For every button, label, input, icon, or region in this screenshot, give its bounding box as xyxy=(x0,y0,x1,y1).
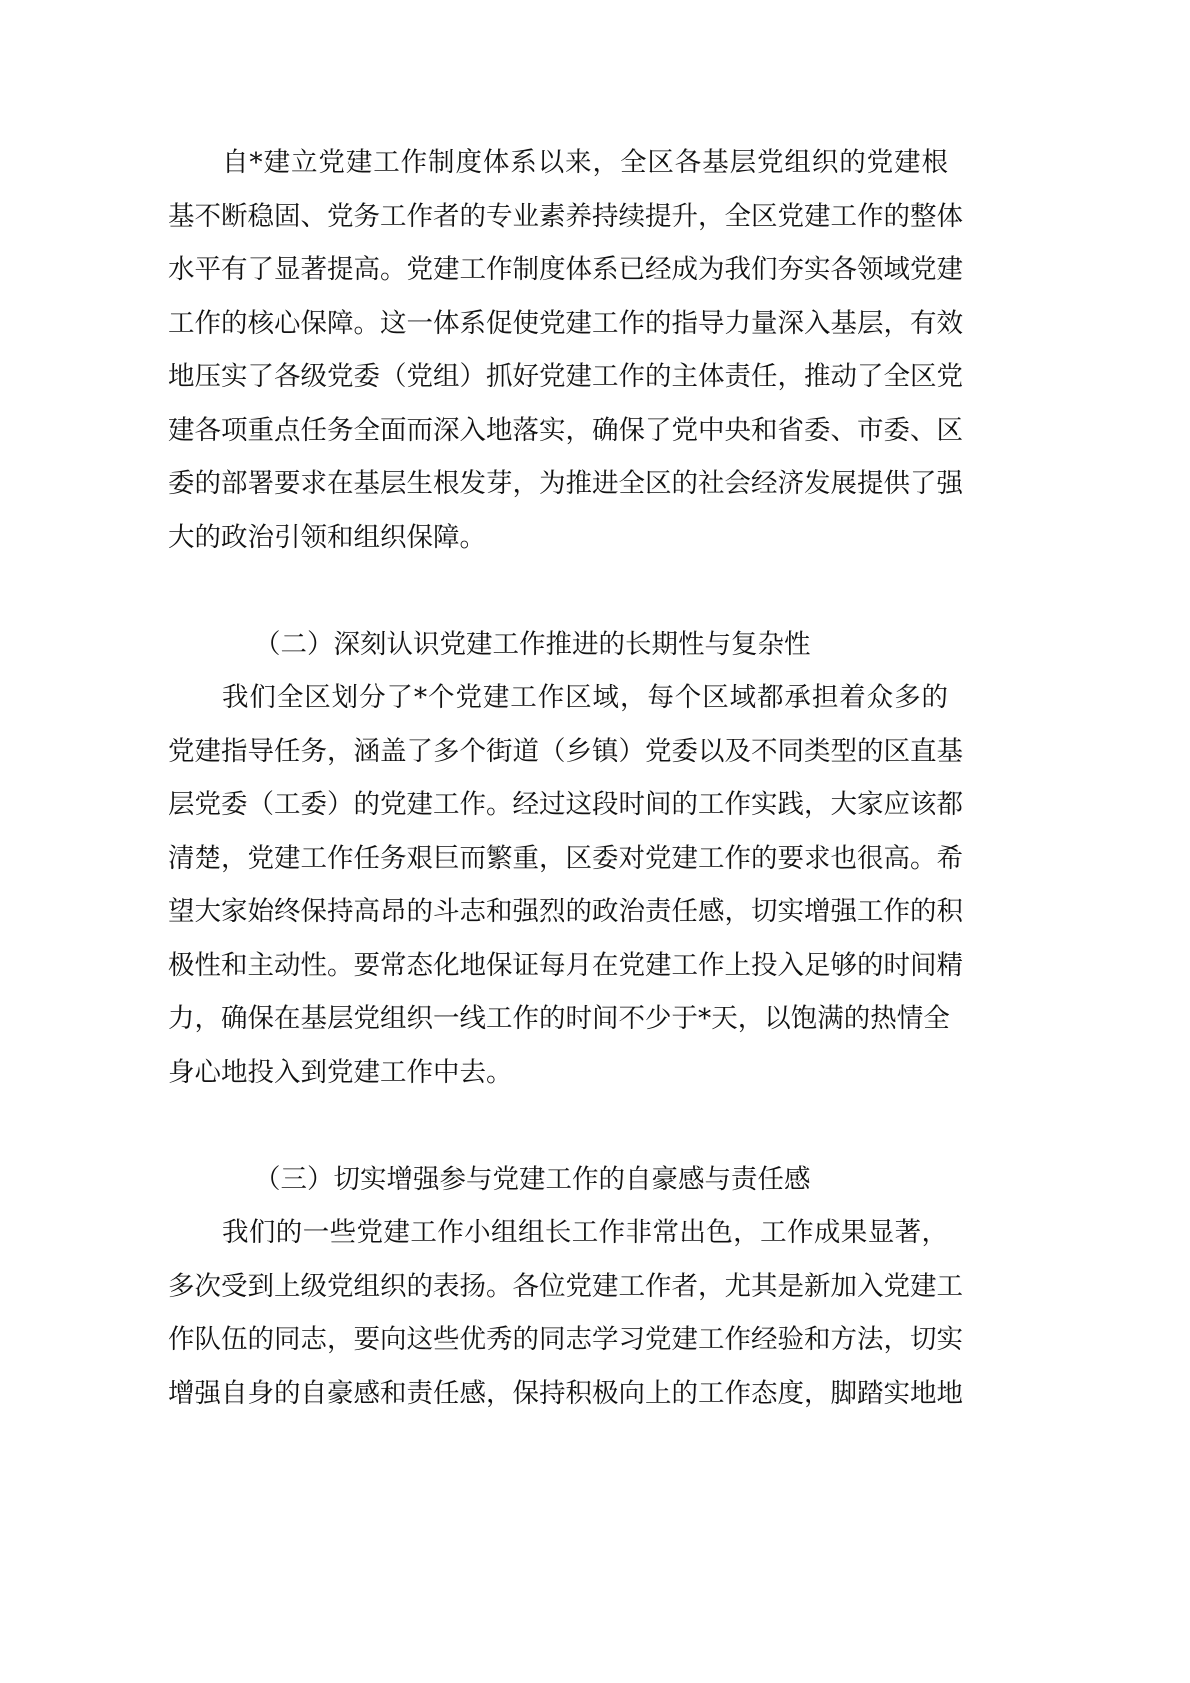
section-heading-3: （三）切实增强参与党建工作的自豪感与责任感 xyxy=(254,1160,811,1200)
text-line: 望大家始终保持高昂的斗志和强烈的政治责任感，切实增强工作的积 xyxy=(168,892,948,932)
section-heading-2: （二）深刻认识党建工作推进的长期性与复杂性 xyxy=(254,625,811,665)
text-line: 自*建立党建工作制度体系以来，全区各基层党组织的党建根 xyxy=(222,143,948,183)
text-line: 我们的一些党建工作小组组长工作非常出色，工作成果显著， xyxy=(222,1213,948,1253)
text-line: 身心地投入到党建工作中去。 xyxy=(168,1053,948,1093)
text-line: 极性和主动性。要常态化地保证每月在党建工作上投入足够的时间精 xyxy=(168,946,948,986)
text-line: 层党委（工委）的党建工作。经过这段时间的工作实践，大家应该都 xyxy=(168,785,948,825)
text-line: 增强自身的自豪感和责任感，保持积极向上的工作态度，脚踏实地地 xyxy=(168,1374,948,1414)
text-line: 水平有了显著提高。党建工作制度体系已经成为我们夯实各领域党建 xyxy=(168,250,948,290)
text-line: 力，确保在基层党组织一线工作的时间不少于*天，以饱满的热情全 xyxy=(168,999,948,1039)
text-line: 作队伍的同志，要向这些优秀的同志学习党建工作经验和方法，切实 xyxy=(168,1320,948,1360)
text-line: 党建指导任务，涵盖了多个街道（乡镇）党委以及不同类型的区直基 xyxy=(168,732,948,772)
document-page: 自*建立党建工作制度体系以来，全区各基层党组织的党建根 基不断稳固、党务工作者的… xyxy=(0,0,1190,1683)
text-line: 工作的核心保障。这一体系促使党建工作的指导力量深入基层，有效 xyxy=(168,304,948,344)
text-line: 基不断稳固、党务工作者的专业素养持续提升，全区党建工作的整体 xyxy=(168,197,948,237)
text-line: 清楚，党建工作任务艰巨而繁重，区委对党建工作的要求也很高。希 xyxy=(168,839,948,879)
text-line: 地压实了各级党委（党组）抓好党建工作的主体责任，推动了全区党 xyxy=(168,357,948,397)
text-line: 委的部署要求在基层生根发芽，为推进全区的社会经济发展提供了强 xyxy=(168,464,948,504)
text-line: 我们全区划分了*个党建工作区域，每个区域都承担着众多的 xyxy=(222,678,948,718)
text-line: 多次受到上级党组织的表扬。各位党建工作者，尤其是新加入党建工 xyxy=(168,1267,948,1307)
text-line: 建各项重点任务全面而深入地落实，确保了党中央和省委、市委、区 xyxy=(168,411,948,451)
text-line: 大的政治引领和组织保障。 xyxy=(168,518,948,558)
